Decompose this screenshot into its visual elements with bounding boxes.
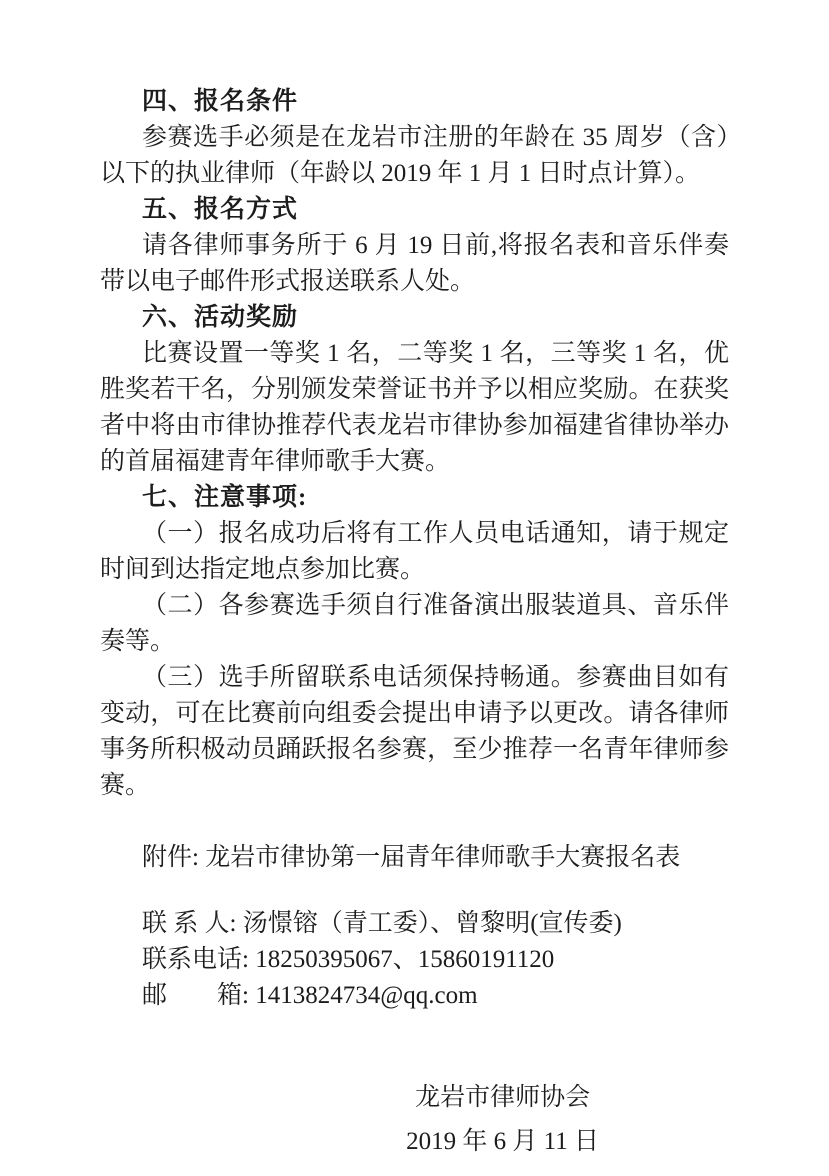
contact-email-label: 邮 箱: xyxy=(142,982,255,1009)
document-page: 四、报名条件 参赛选手必须是在龙岩市注册的年龄在 35 周岁（含）以下的执业律师… xyxy=(0,0,829,1176)
paragraph-note-2: （二）各参赛选手须自行准备演出服装道具、音乐伴奏等。 xyxy=(100,588,729,660)
heading-activity-awards: 六、活动奖励 xyxy=(100,300,729,336)
contact-phone-value: 18250395067、15860191120 xyxy=(255,946,554,973)
heading-registration-method: 五、报名方式 xyxy=(100,192,729,228)
paragraph-note-3: （三）选手所留联系电话须保持畅通。参赛曲目如有变动，可在比赛前向组委会提出申请予… xyxy=(100,660,729,804)
paragraph-eligibility: 参赛选手必须是在龙岩市注册的年龄在 35 周岁（含）以下的执业律师（年龄以 20… xyxy=(100,120,729,192)
heading-notes: 七、注意事项: xyxy=(100,480,729,516)
contact-person-line: 联 系 人: 汤憬镕（青工委）、曾黎明(宣传委) xyxy=(100,906,729,942)
heading-registration-conditions: 四、报名条件 xyxy=(100,84,729,120)
signature-block: 龙岩市律师协会 2019 年 6 月 11 日 xyxy=(406,1080,599,1160)
paragraph-registration-method: 请各律师事务所于 6 月 19 日前,将报名表和音乐伴奏带以电子邮件形式报送联系… xyxy=(100,228,729,300)
signature-date: 2019 年 6 月 11 日 xyxy=(406,1124,599,1160)
contact-block: 联 系 人: 汤憬镕（青工委）、曾黎明(宣传委) 联系电话: 182503950… xyxy=(100,906,729,1014)
contact-phone-line: 联系电话: 18250395067、15860191120 xyxy=(100,942,729,978)
contact-person-value: 汤憬镕（青工委）、曾黎明(宣传委) xyxy=(243,910,622,937)
contact-person-label: 联 系 人: xyxy=(142,910,243,937)
contact-phone-label: 联系电话: xyxy=(142,946,255,973)
attachment-line: 附件: 龙岩市律协第一届青年律师歌手大赛报名表 xyxy=(100,840,729,876)
paragraph-awards: 比赛设置一等奖 1 名，二等奖 1 名，三等奖 1 名，优胜奖若干名，分别颁发荣… xyxy=(100,336,729,480)
paragraph-note-1: （一）报名成功后将有工作人员电话通知，请于规定时间到达指定地点参加比赛。 xyxy=(100,516,729,588)
contact-email-value: 1413824734@qq.com xyxy=(255,982,477,1009)
contact-email-line: 邮 箱: 1413824734@qq.com xyxy=(100,978,729,1014)
signature-org: 龙岩市律师协会 xyxy=(406,1080,599,1116)
